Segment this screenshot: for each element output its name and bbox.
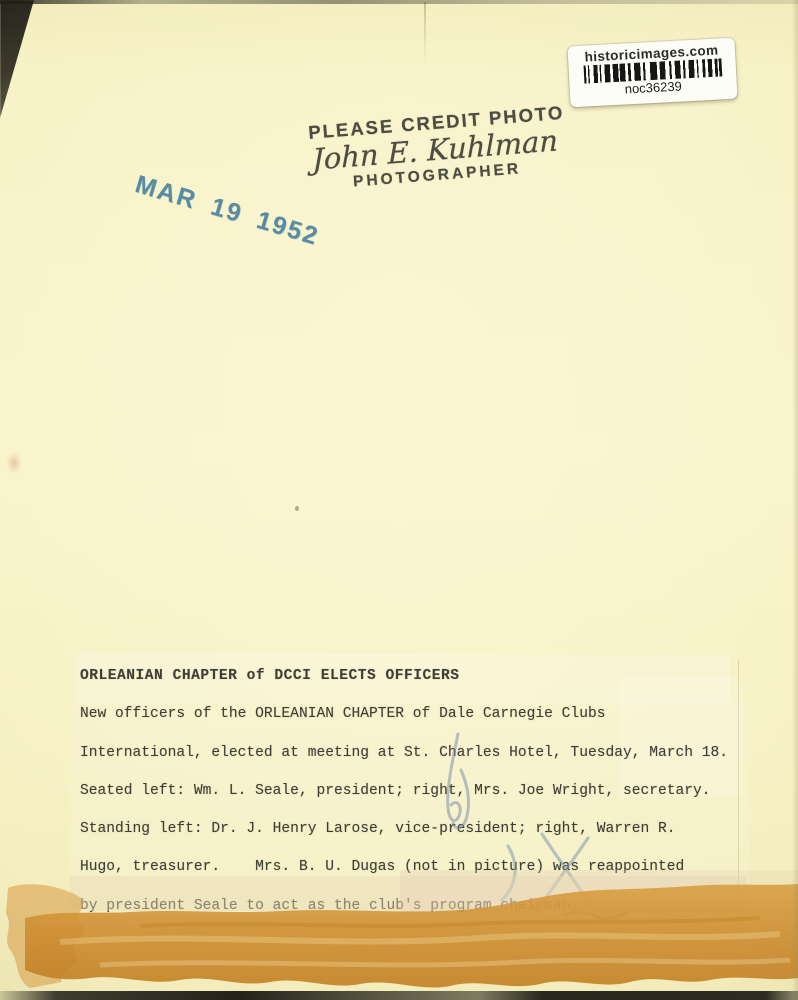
pen-scribble-icon xyxy=(425,728,495,840)
caption-line: Standing left: Dr. J. Henry Larose, vice… xyxy=(80,810,760,848)
photo-verso-scan: historicimages.com noc36239 PLEASE CREDI… xyxy=(0,0,798,1000)
paper-crease xyxy=(424,2,426,64)
paper-speck xyxy=(295,506,299,511)
page-right-edge xyxy=(792,0,798,1000)
page-top-edge xyxy=(0,0,798,4)
paper-smudge xyxy=(6,452,22,474)
tape-stain xyxy=(0,870,798,1000)
caption-title: ORLEANIAN CHAPTER of DCCI ELECTS OFFICER… xyxy=(80,657,760,695)
page-corner-shadow xyxy=(0,0,40,122)
caption-line: International, elected at meeting at St.… xyxy=(80,734,760,772)
caption-line: New officers of the ORLEANIAN CHAPTER of… xyxy=(80,695,760,733)
inventory-sticker: historicimages.com noc36239 xyxy=(568,38,738,108)
page-bottom-edge xyxy=(0,991,798,1000)
caption-line: Seated left: Wm. L. Seale, president; ri… xyxy=(80,772,760,810)
credit-stamp: PLEASE CREDIT PHOTO John E. Kuhlman PHOT… xyxy=(308,102,563,194)
date-stamp: MAR 19 1952 xyxy=(132,170,323,252)
